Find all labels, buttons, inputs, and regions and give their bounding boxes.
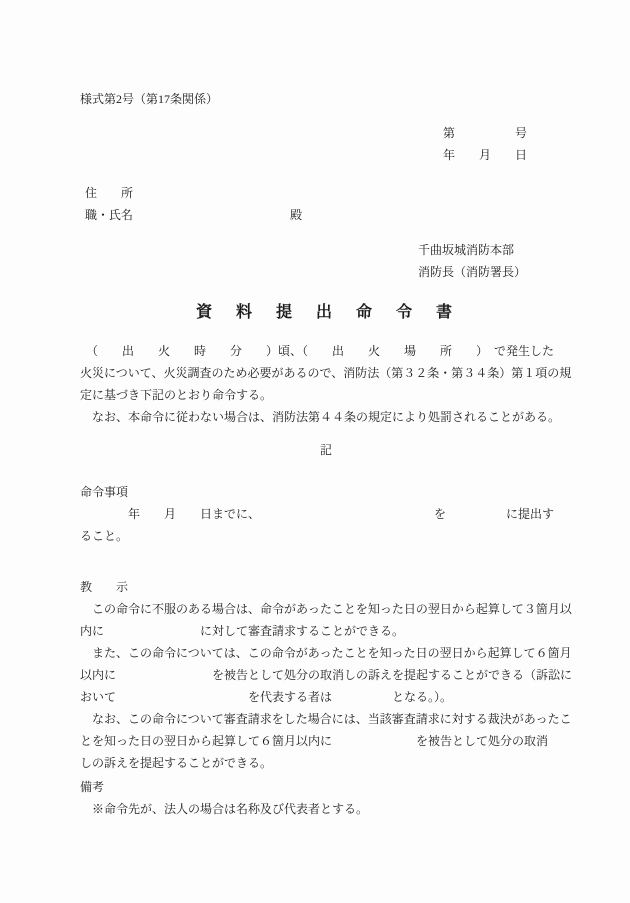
address-label: 住 所 <box>85 182 572 204</box>
document-page: 様式第2号（第17条関係） 第 号 年 月 日 住 所 職・氏名殿 千曲坂城消防… <box>0 0 630 903</box>
body-line: なお、本命令に従わない場合は、消防法第４４条の規定により処罰されることがある。 <box>80 406 572 428</box>
instruction-line: 以内に を被告として処分の取消しの訴えを提起することができる（訴訟に <box>80 664 572 686</box>
doc-number-line: 第 号 <box>80 122 527 144</box>
issuer-organization: 千曲坂城消防本部 <box>418 239 572 261</box>
order-line: 年 月 日までに、 を に提出す <box>80 503 572 525</box>
instruction-line: なお、この命令について審査請求をした場合には、当該審査請求に対する裁決があったこ <box>80 708 572 730</box>
name-line: 職・氏名殿 <box>85 204 572 226</box>
document-title: 資 料 提 出 命 令 書 <box>80 300 572 326</box>
name-label: 職・氏名 <box>85 208 133 222</box>
body-paragraph: （ 出 火 時 分 ）頃、（ 出 火 場 所 ） で発生した 火災について、火災… <box>80 340 572 428</box>
instruction-line: とを知った日の翌日から起算して６箇月以内に を被告として処分の取消 <box>80 730 572 752</box>
body-line: 火災について、火災調査のため必要があるので、消防法（第３２条・第３４条）第１項の… <box>80 362 572 384</box>
remarks-heading: 備考 <box>80 776 572 798</box>
instruction-line: おいて を代表する者は となる。）。 <box>80 686 572 708</box>
order-heading: 命令事項 <box>80 481 572 503</box>
remarks-note: ※命令先が、法人の場合は名称及び代表者とする。 <box>80 798 572 820</box>
honorific-label: 殿 <box>290 204 302 226</box>
doc-number-block: 第 号 年 月 日 <box>80 122 572 166</box>
instruction-line: この命令に不服のある場合は、命令があったことを知った日の翌日から起算して３箇月以 <box>80 598 572 620</box>
instruction-section: 教 示 この命令に不服のある場合は、命令があったことを知った日の翌日から起算して… <box>80 576 572 774</box>
body-line: （ 出 火 時 分 ）頃、（ 出 火 場 所 ） で発生した <box>80 340 572 362</box>
date-line: 年 月 日 <box>80 144 527 166</box>
instruction-heading: 教 示 <box>80 576 572 598</box>
instruction-line: しの訴えを提起することができる。 <box>80 752 572 774</box>
issuer-title: 消防長（消防署長） <box>418 261 572 283</box>
addressee-block: 住 所 職・氏名殿 <box>80 182 572 226</box>
body-line: 定に基づき下記のとおり命令する。 <box>80 384 572 406</box>
instruction-line: 内に に対して審査請求することができる。 <box>80 620 572 642</box>
record-marker: 記 <box>80 439 572 461</box>
instruction-line: また、この命令については、この命令があったことを知った日の翌日から起算して６箇月 <box>80 642 572 664</box>
form-number: 様式第2号（第17条関係） <box>80 88 572 110</box>
order-section: 命令事項 年 月 日までに、 を に提出す ること。 <box>80 481 572 547</box>
order-line: ること。 <box>80 525 572 547</box>
issuer-block: 千曲坂城消防本部 消防長（消防署長） <box>80 239 572 283</box>
remarks-section: 備考 ※命令先が、法人の場合は名称及び代表者とする。 <box>80 776 572 820</box>
